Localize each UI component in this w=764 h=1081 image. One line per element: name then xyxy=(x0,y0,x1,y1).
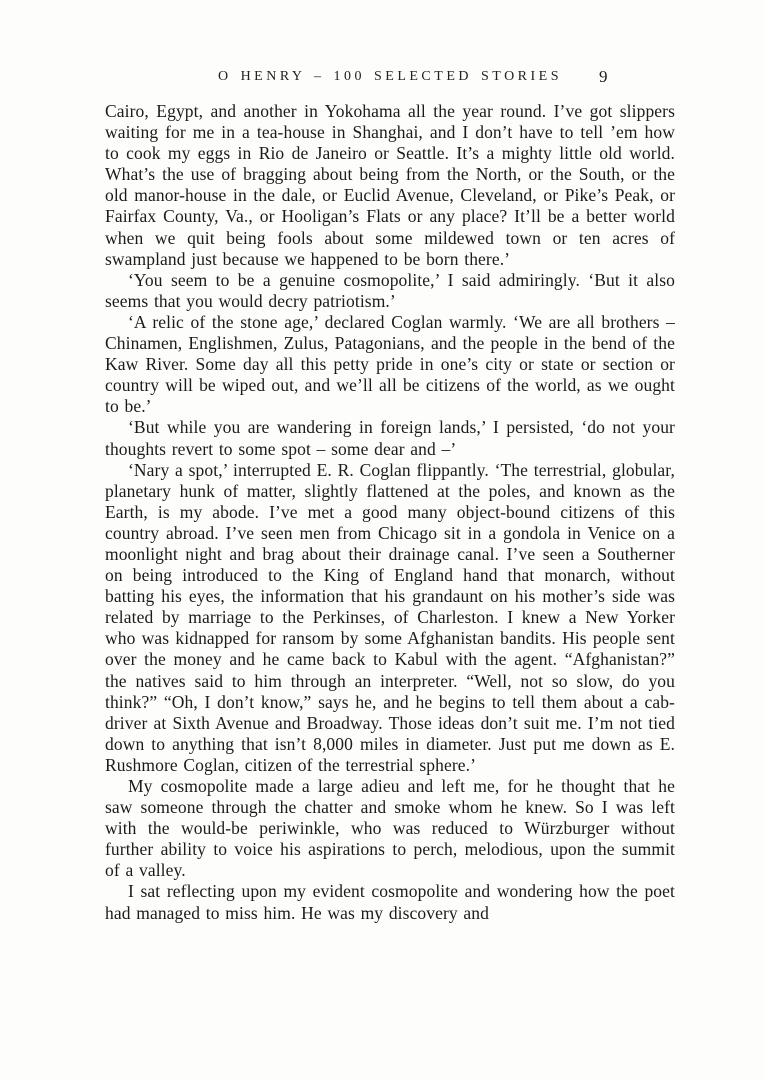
running-title: O HENRY – 100 SELECTED STORIES xyxy=(105,69,675,85)
book-page: O HENRY – 100 SELECTED STORIES 9 Cairo, … xyxy=(0,0,764,1081)
paragraph: ‘You seem to be a genuine cosmopolite,’ … xyxy=(105,270,675,312)
paragraph: I sat reflecting upon my evident cosmopo… xyxy=(105,881,675,923)
paragraph: ‘But while you are wandering in foreign … xyxy=(105,417,675,459)
page-body: Cairo, Egypt, and another in Yokohama al… xyxy=(105,101,675,924)
running-header: O HENRY – 100 SELECTED STORIES 9 xyxy=(105,69,675,89)
page-number: 9 xyxy=(599,67,608,87)
paragraph: ‘Nary a spot,’ interrupted E. R. Coglan … xyxy=(105,460,675,776)
paragraph: My cosmopolite made a large adieu and le… xyxy=(105,776,675,881)
paragraph: ‘A relic of the stone age,’ declared Cog… xyxy=(105,312,675,417)
paragraph: Cairo, Egypt, and another in Yokohama al… xyxy=(105,101,675,270)
